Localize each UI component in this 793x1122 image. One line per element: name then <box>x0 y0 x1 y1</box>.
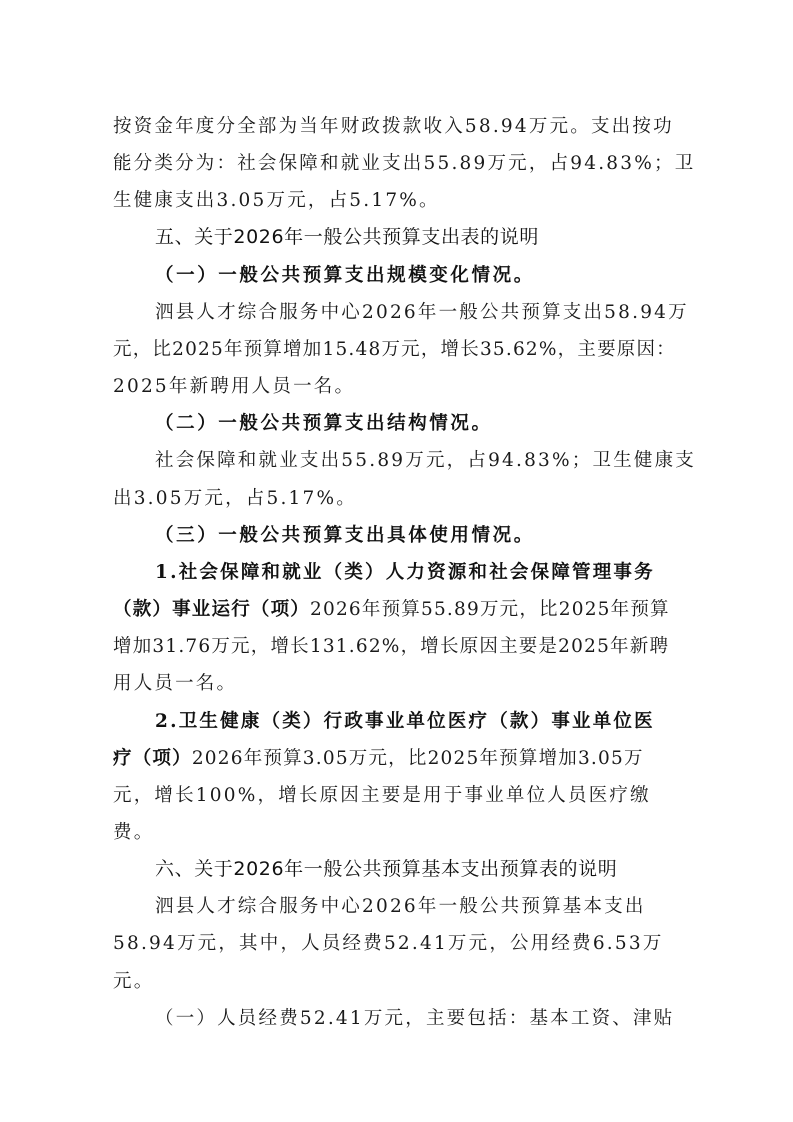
body-line: 出3.05万元，占5.17%。 <box>113 480 681 517</box>
body-line: （一）人员经费52.41万元，主要包括：基本工资、津贴 <box>113 1000 681 1037</box>
body-line: 按资金年度分全部为当年财政拨款收入58.94万元。支出按功 <box>113 108 681 145</box>
section-heading-6: 六、关于2026年一般公共预算基本支出预算表的说明 <box>113 851 681 888</box>
body-line: 元，增长100%，增长原因主要是用于事业单位人员医疗缴 <box>113 777 681 814</box>
body-line: 泗县人才综合服务中心2026年一般公共预算基本支出 <box>113 888 681 925</box>
document-page: 按资金年度分全部为当年财政拨款收入58.94万元。支出按功 能分类分为：社会保障… <box>113 108 681 1037</box>
item-2-line: 疗（项）2026年预算3.05万元，比2025年预算增加3.05万 <box>113 740 681 777</box>
item-1-title: 1.社会保障和就业（类）人力资源和社会保障管理事务 <box>113 554 681 591</box>
item-1-title-cont: （款）事业运行（项） <box>113 599 310 620</box>
body-line: 2025年新聘用人员一名。 <box>113 368 681 405</box>
body-line: 社会保障和就业支出55.89万元，占94.83%；卫生健康支 <box>113 442 681 479</box>
body-line: 58.94万元，其中，人员经费52.41万元，公用经费6.53万 <box>113 925 681 962</box>
body-line: 元，比2025年预算增加15.48万元，增长35.62%，主要原因： <box>113 331 681 368</box>
section-heading-5: 五、关于2026年一般公共预算支出表的说明 <box>113 219 681 256</box>
item-2-text: 2026年预算3.05万元，比2025年预算增加3.05万 <box>192 748 644 769</box>
body-line: 泗县人才综合服务中心2026年一般公共预算支出58.94万 <box>113 294 681 331</box>
item-1-text: 2026年预算55.89万元，比2025年预算 <box>310 599 670 620</box>
item-2-title: 2.卫生健康（类）行政事业单位医疗（款）事业单位医 <box>113 703 681 740</box>
subheading-structure: （二）一般公共预算支出结构情况。 <box>113 405 681 442</box>
body-line: 生健康支出3.05万元，占5.17%。 <box>113 182 681 219</box>
body-line: 费。 <box>113 814 681 851</box>
body-line: 用人员一名。 <box>113 665 681 702</box>
body-line: 增加31.76万元，增长131.62%，增长原因主要是2025年新聘 <box>113 628 681 665</box>
item-1-line: （款）事业运行（项）2026年预算55.89万元，比2025年预算 <box>113 591 681 628</box>
body-line: 能分类分为：社会保障和就业支出55.89万元，占94.83%；卫 <box>113 145 681 182</box>
subheading-usage: （三）一般公共预算支出具体使用情况。 <box>113 517 681 554</box>
subheading-scale-change: （一）一般公共预算支出规模变化情况。 <box>113 257 681 294</box>
body-line: 元。 <box>113 963 681 1000</box>
item-2-title-cont: 疗（项） <box>113 748 192 769</box>
